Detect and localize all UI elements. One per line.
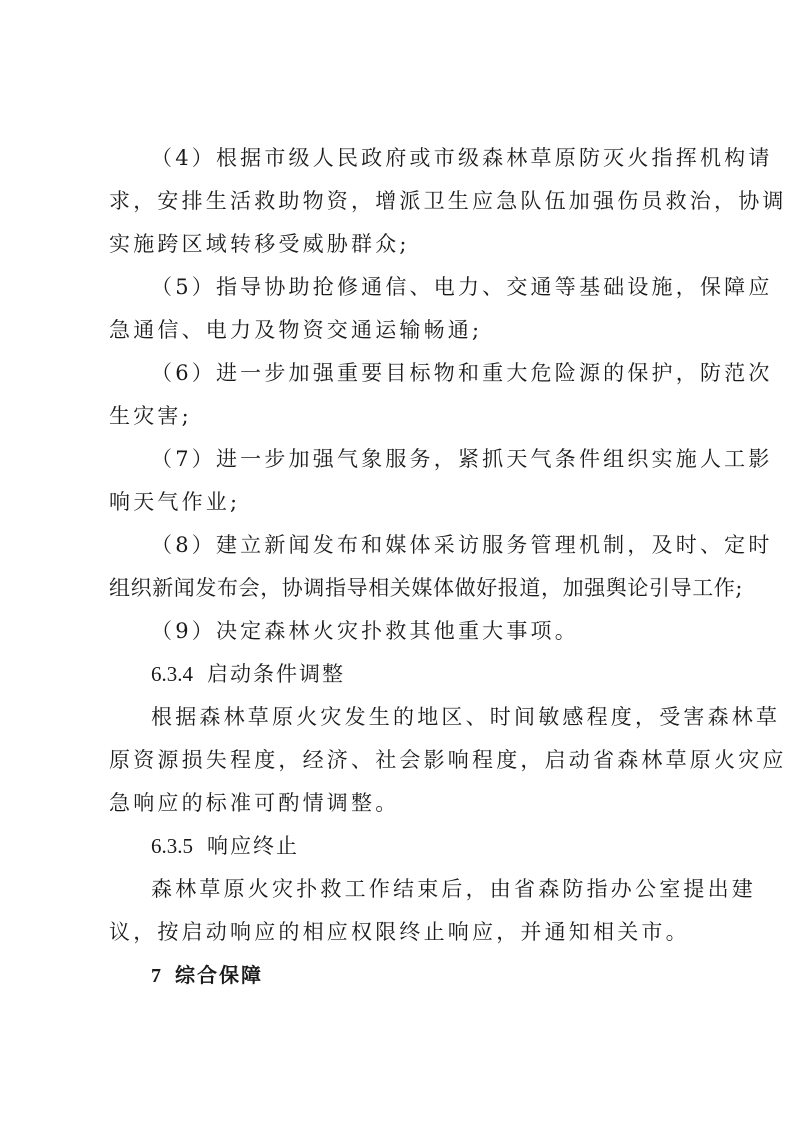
- paragraph-line: 急通信、电力及物资交通运输畅通;: [109, 312, 709, 349]
- section-number: 6.3.4: [151, 662, 193, 686]
- section-heading-7: 7综合保障: [151, 957, 751, 995]
- paragraph-line: （9）决定森林火灾扑救其他重大事项。: [151, 613, 751, 650]
- paragraph-line: 急响应的标准可酌情调整。: [109, 785, 709, 822]
- section-heading-6-3-4: 6.3.4启动条件调整: [151, 656, 751, 693]
- section-title: 响应终止: [207, 834, 299, 858]
- paragraph-line: （4）根据市级人民政府或市级森林草原防灭火指挥机构请: [151, 140, 751, 177]
- paragraph-line: 生灾害;: [109, 398, 709, 435]
- section-number: 6.3.5: [151, 834, 193, 858]
- paragraph-line: 原资源损失程度，经济、社会影响程度，启动省森林草原火灾应: [109, 742, 709, 779]
- section-title: 启动条件调整: [207, 662, 345, 686]
- paragraph-line: 求，安排生活救助物资，增派卫生应急队伍加强伤员救治，协调: [109, 183, 709, 220]
- paragraph-line: 森林草原火灾扑救工作结束后，由省森防指办公室提出建: [151, 871, 751, 908]
- paragraph-line: 实施跨区域转移受威胁群众;: [109, 226, 709, 263]
- section-title: 综合保障: [175, 963, 263, 987]
- paragraph-line: （5）指导协助抢修通信、电力、交通等基础设施，保障应: [151, 269, 751, 306]
- paragraph-line: （8）建立新闻发布和媒体采访服务管理机制，及时、定时: [151, 527, 751, 564]
- paragraph-line: 议，按启动响应的相应权限终止响应，并通知相关市。: [109, 914, 709, 951]
- paragraph-line: （7）进一步加强气象服务，紧抓天气条件组织实施人工影: [151, 441, 751, 478]
- section-heading-6-3-5: 6.3.5响应终止: [151, 828, 751, 865]
- document-page: （4）根据市级人民政府或市级森林草原防灭火指挥机构请 求，安排生活救助物资，增派…: [0, 0, 793, 1123]
- paragraph-line: 根据森林草原火灾发生的地区、时间敏感程度，受害森林草: [151, 699, 751, 736]
- paragraph-line: 组织新闻发布会，协调指导相关媒体做好报道，加强舆论引导工作;: [109, 570, 709, 607]
- section-number: 7: [151, 965, 161, 987]
- paragraph-line: （6）进一步加强重要目标物和重大危险源的保护，防范次: [151, 355, 751, 392]
- paragraph-line: 响天气作业;: [109, 484, 709, 521]
